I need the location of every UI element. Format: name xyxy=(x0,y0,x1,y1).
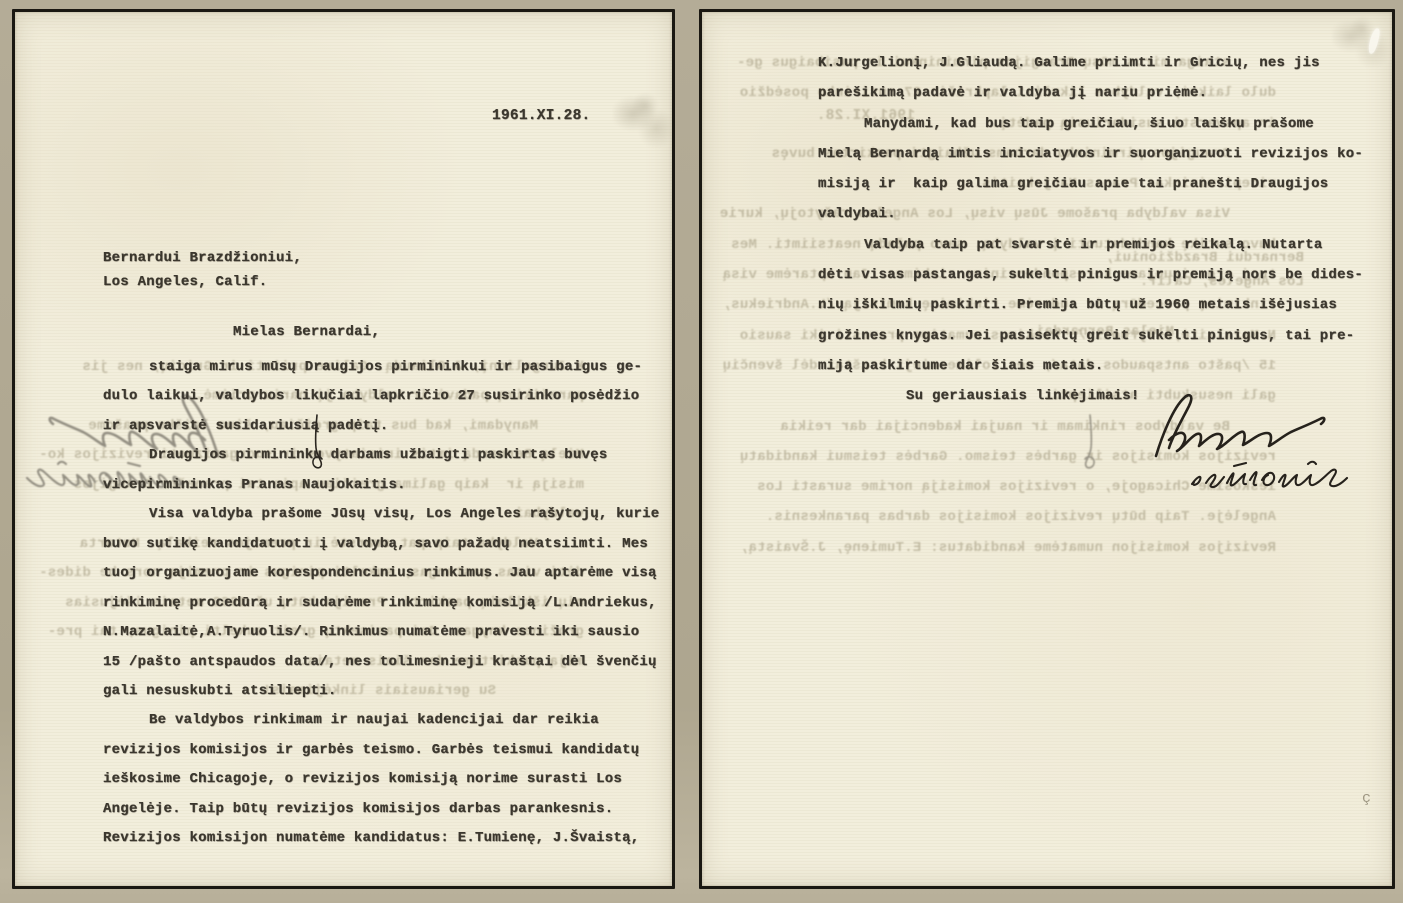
body-line: revizijos komisijos ir garbės teismo. Ga… xyxy=(103,736,675,765)
recipient-address: Bernardui Brazdžioniui, Los Angeles, Cal… xyxy=(103,246,302,294)
body-line: Visa valdyba prašome Jūsų visų, Los Ange… xyxy=(103,500,675,529)
body-line: Valdyba taip pat svarstė ir premijos rei… xyxy=(818,230,1393,260)
body-line: dėti visas pastangas, sukelti pinigus ir… xyxy=(818,260,1393,290)
body-line: staiga mirus mūsų Draugijos pirmininkui … xyxy=(103,353,675,382)
body-line: vicepirmininkas Pranas Naujokaitis. xyxy=(103,471,675,500)
body-line: rinkiminę procedūrą ir sudarėme rinkimin… xyxy=(103,589,675,618)
recipient-city-line: Los Angeles, Calif. xyxy=(103,270,302,294)
body-line: Revizijos komisijon numatėme kandidatus:… xyxy=(103,824,675,853)
recipient-name-line: Bernardui Brazdžioniui, xyxy=(103,246,302,270)
body-line: Be valdybos rinkimam ir naujai kadencija… xyxy=(103,706,675,735)
letter-date: 1961.XI.28. xyxy=(492,108,590,124)
body-line: dulo laikui, valdybos likučiai lapkričio… xyxy=(103,382,675,411)
page-2-body: K.Jurgelionį, J.Gliaudą. Galime priimti … xyxy=(818,48,1393,412)
body-line: valdybai. xyxy=(818,199,1393,229)
body-line: 15 /pašto antspaudos data/, nes tolimesn… xyxy=(103,648,675,677)
body-line: parešikimą padavė ir valdyba jį nariu pr… xyxy=(818,78,1393,108)
body-line: Manydami, kad bus taip greičiau, šiuo la… xyxy=(818,109,1393,139)
letter-page-2: 1961.XI.28. Bernardui Brazdžioniui, Los … xyxy=(699,9,1395,889)
body-line: K.Jurgelionį, J.Gliaudą. Galime priimti … xyxy=(818,48,1393,78)
body-line: misiją ir kaip galima greičiau apie tai … xyxy=(818,169,1393,199)
body-line: ieškosime Chicagoje, o revizijos komisij… xyxy=(103,765,675,794)
handwritten-insertion-mark xyxy=(307,414,327,475)
handwritten-signature-title xyxy=(1182,452,1352,504)
body-line: buvo sutikę kandidatuoti į valdybą, savo… xyxy=(103,530,675,559)
pencil-mark: ç xyxy=(1362,790,1371,807)
body-line: Draugijos pirmininku darbams užbaigti pa… xyxy=(103,441,675,470)
scanned-letter-background: K.Jurgelionį, J.Gliaudą. Galime priimti … xyxy=(0,0,1403,903)
body-line: nių iškilmių paskirti. Premija būtų už 1… xyxy=(818,290,1393,320)
body-line: tuoj organizuojame korespondencinius rin… xyxy=(103,559,675,588)
body-line: Mielą Bernardą imtis iniciatyvos ir suor… xyxy=(818,139,1393,169)
body-line: miją paskirtume dar šiais metais. xyxy=(818,351,1393,381)
body-line: gali nesuskubti atsiliepti. xyxy=(103,677,675,706)
body-line: ir apsvarstė susidariusią padėtį. xyxy=(103,412,675,441)
body-line: grožines knygas. Jei pasisektų greit suk… xyxy=(818,321,1393,351)
body-line: N.Mazalaitė,A.Tyruolis/. Rinkimus numatė… xyxy=(103,618,675,647)
page-1-body: staiga mirus mūsų Draugijos pirmininkui … xyxy=(103,353,675,854)
body-line: Angelėje. Taip būtų revizijos komisijos … xyxy=(103,795,675,824)
salutation: Mielas Bernardai, xyxy=(233,324,380,340)
letter-page-1: K.Jurgelionį, J.Gliaudą. Galime priimti … xyxy=(12,9,675,889)
